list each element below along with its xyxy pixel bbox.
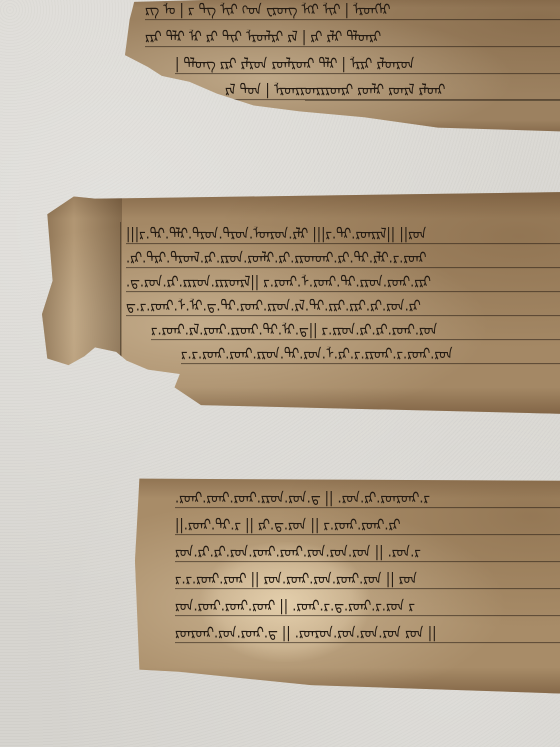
script-line: ᠷᠭ ᠯᠣ | ᠷ ᠳᠭ ᠯᠢᠷ ᠬᠳ ᠸᠷᠳᠭ ᠯᠬᠷ ᠯᠢᠷ | ᠯᠷᠳᠭᠯ… [145, 3, 560, 20]
script-line: .ᠳ.ᠷᠳ.ᠷᠷ.ᠷᠷᠷᠳ.ᠷᠷᠷᠳᠷᠯ|| ᠷ.ᠷᠳᠷ.ᠯ.ᠷᠳᠷ.ᠳᠷ.ᠷᠷ… [126, 275, 560, 292]
script-line: ᠷ.ᠷᠳᠷ.ᠷᠯ.ᠷᠳᠷ.ᠷᠷᠳᠷ.ᠳᠷ.ᠯᠷ.ᠳ|| ᠷ.ᠷᠷᠳ.ᠷᠷ.ᠷᠷ.… [151, 323, 560, 340]
script-line: | ᠳᠯᠳᠭ ᠷᠷᠷ ᠷᠯᠷᠳ ᠷᠳᠯᠷᠳᠷ ᠳᠯᠷ | ᠯᠷᠷᠷ ᠷᠯᠳᠷᠳ [175, 57, 560, 74]
manuscript-folio-bottom: .ᠷᠳᠷ.ᠷᠳᠷ.ᠷᠳᠷ.ᠷᠷᠳ.ᠷᠳ.ᠳ || .ᠷᠳ.ᠷᠷ.ᠷᠳᠷᠳᠷ.ᠷ … [135, 472, 560, 694]
ruled-line [305, 100, 560, 101]
script-line: ᠷᠯ ᠳᠳ | ᠯᠷᠳᠷᠷᠳᠷᠷᠷᠳᠷᠷ ᠷᠳᠯᠷ ᠷᠳᠷᠯ ᠷᠯᠳᠷ [225, 83, 560, 100]
script-line: .ᠷᠳᠷ.ᠷᠳᠷ.ᠷᠳᠷ.ᠷᠷᠳ.ᠷᠳ.ᠳ || .ᠷᠳ.ᠷᠷ.ᠷᠳᠷᠳᠷ.ᠷ [175, 491, 560, 508]
script-line: ᠷᠷᠷ ᠳᠯᠷ ᠯᠷ ᠷᠷ ᠳᠢᠷ ᠯᠷᠳᠯᠷᠷ ᠷᠯ | ᠷᠷ ᠷᠯᠷ ᠳᠯᠳ… [145, 30, 560, 47]
margin-rule [120, 222, 121, 372]
script-line: |||ᠷ.ᠳᠷ.ᠳᠯᠷ.ᠳᠷᠳ.ᠳᠷᠳ.ᠯᠳᠷᠳ.ᠷᠯᠷ |||ᠷ.ᠳᠷ.ᠷᠳᠷ… [126, 227, 560, 244]
script-line: ᠷ.ᠷ.ᠷᠳᠷ.ᠷᠳᠷ.ᠷᠷᠳ.ᠳᠷ.ᠷᠳ.ᠯ.ᠷᠷ.ᠷ.ᠷᠷᠳᠷ.ᠷ.ᠷᠳᠷ.… [181, 347, 560, 364]
script-line: ᠷᠳᠷᠳᠷ.ᠷᠳ.ᠷᠳᠷ.ᠳ || .ᠷᠳᠷᠳ.ᠷᠳ.ᠷᠳ.ᠷᠳ ᠷᠳ || [175, 626, 560, 643]
script-line: .ᠷᠷ.ᠳᠷᠷ.ᠳᠷᠳᠯ.ᠷᠷ.ᠷᠷᠳ.ᠷᠳᠯᠷ.ᠷᠷ.ᠷᠷᠳᠳᠷ.ᠷᠷ.ᠳᠷ.… [126, 251, 560, 268]
script-line: ᠷ.ᠷ.ᠷᠳᠷ.ᠷᠳᠷ || ᠷᠳ.ᠷᠳᠷ.ᠷᠳ.ᠷᠳᠷ.ᠷᠳ || ᠷᠳ [175, 572, 560, 589]
script-line: ᠷᠳ.ᠷᠷ.ᠷᠷ.ᠷᠳ.ᠷᠳᠷ.ᠷᠳᠷ.ᠷᠳ.ᠷᠳ.ᠷᠳ || .ᠷᠳ.ᠷ [175, 545, 560, 562]
script-line: ᠳ.ᠷ.ᠷᠳᠷ.ᠯ.ᠯᠷ.ᠳ.ᠳᠷ.ᠷᠳᠷ.ᠷᠷᠳ.ᠷᠯ.ᠳᠷ.ᠷᠷᠷ.ᠷᠷᠷ.… [126, 299, 560, 316]
script-line: ᠷᠳ.ᠷᠳᠷ.ᠷᠳᠷ.ᠷᠳᠷ || .ᠷᠳᠷ.ᠷ.ᠳ.ᠷᠳᠷ.ᠷ.ᠷᠳ ᠷ [175, 599, 560, 616]
script-line: ||.ᠷᠳᠷ.ᠳᠷ.ᠷ || ᠷᠷ.ᠳ.ᠷᠳ || ᠷ.ᠷᠳᠷ.ᠷᠳᠷ.ᠷᠷ [175, 518, 560, 535]
